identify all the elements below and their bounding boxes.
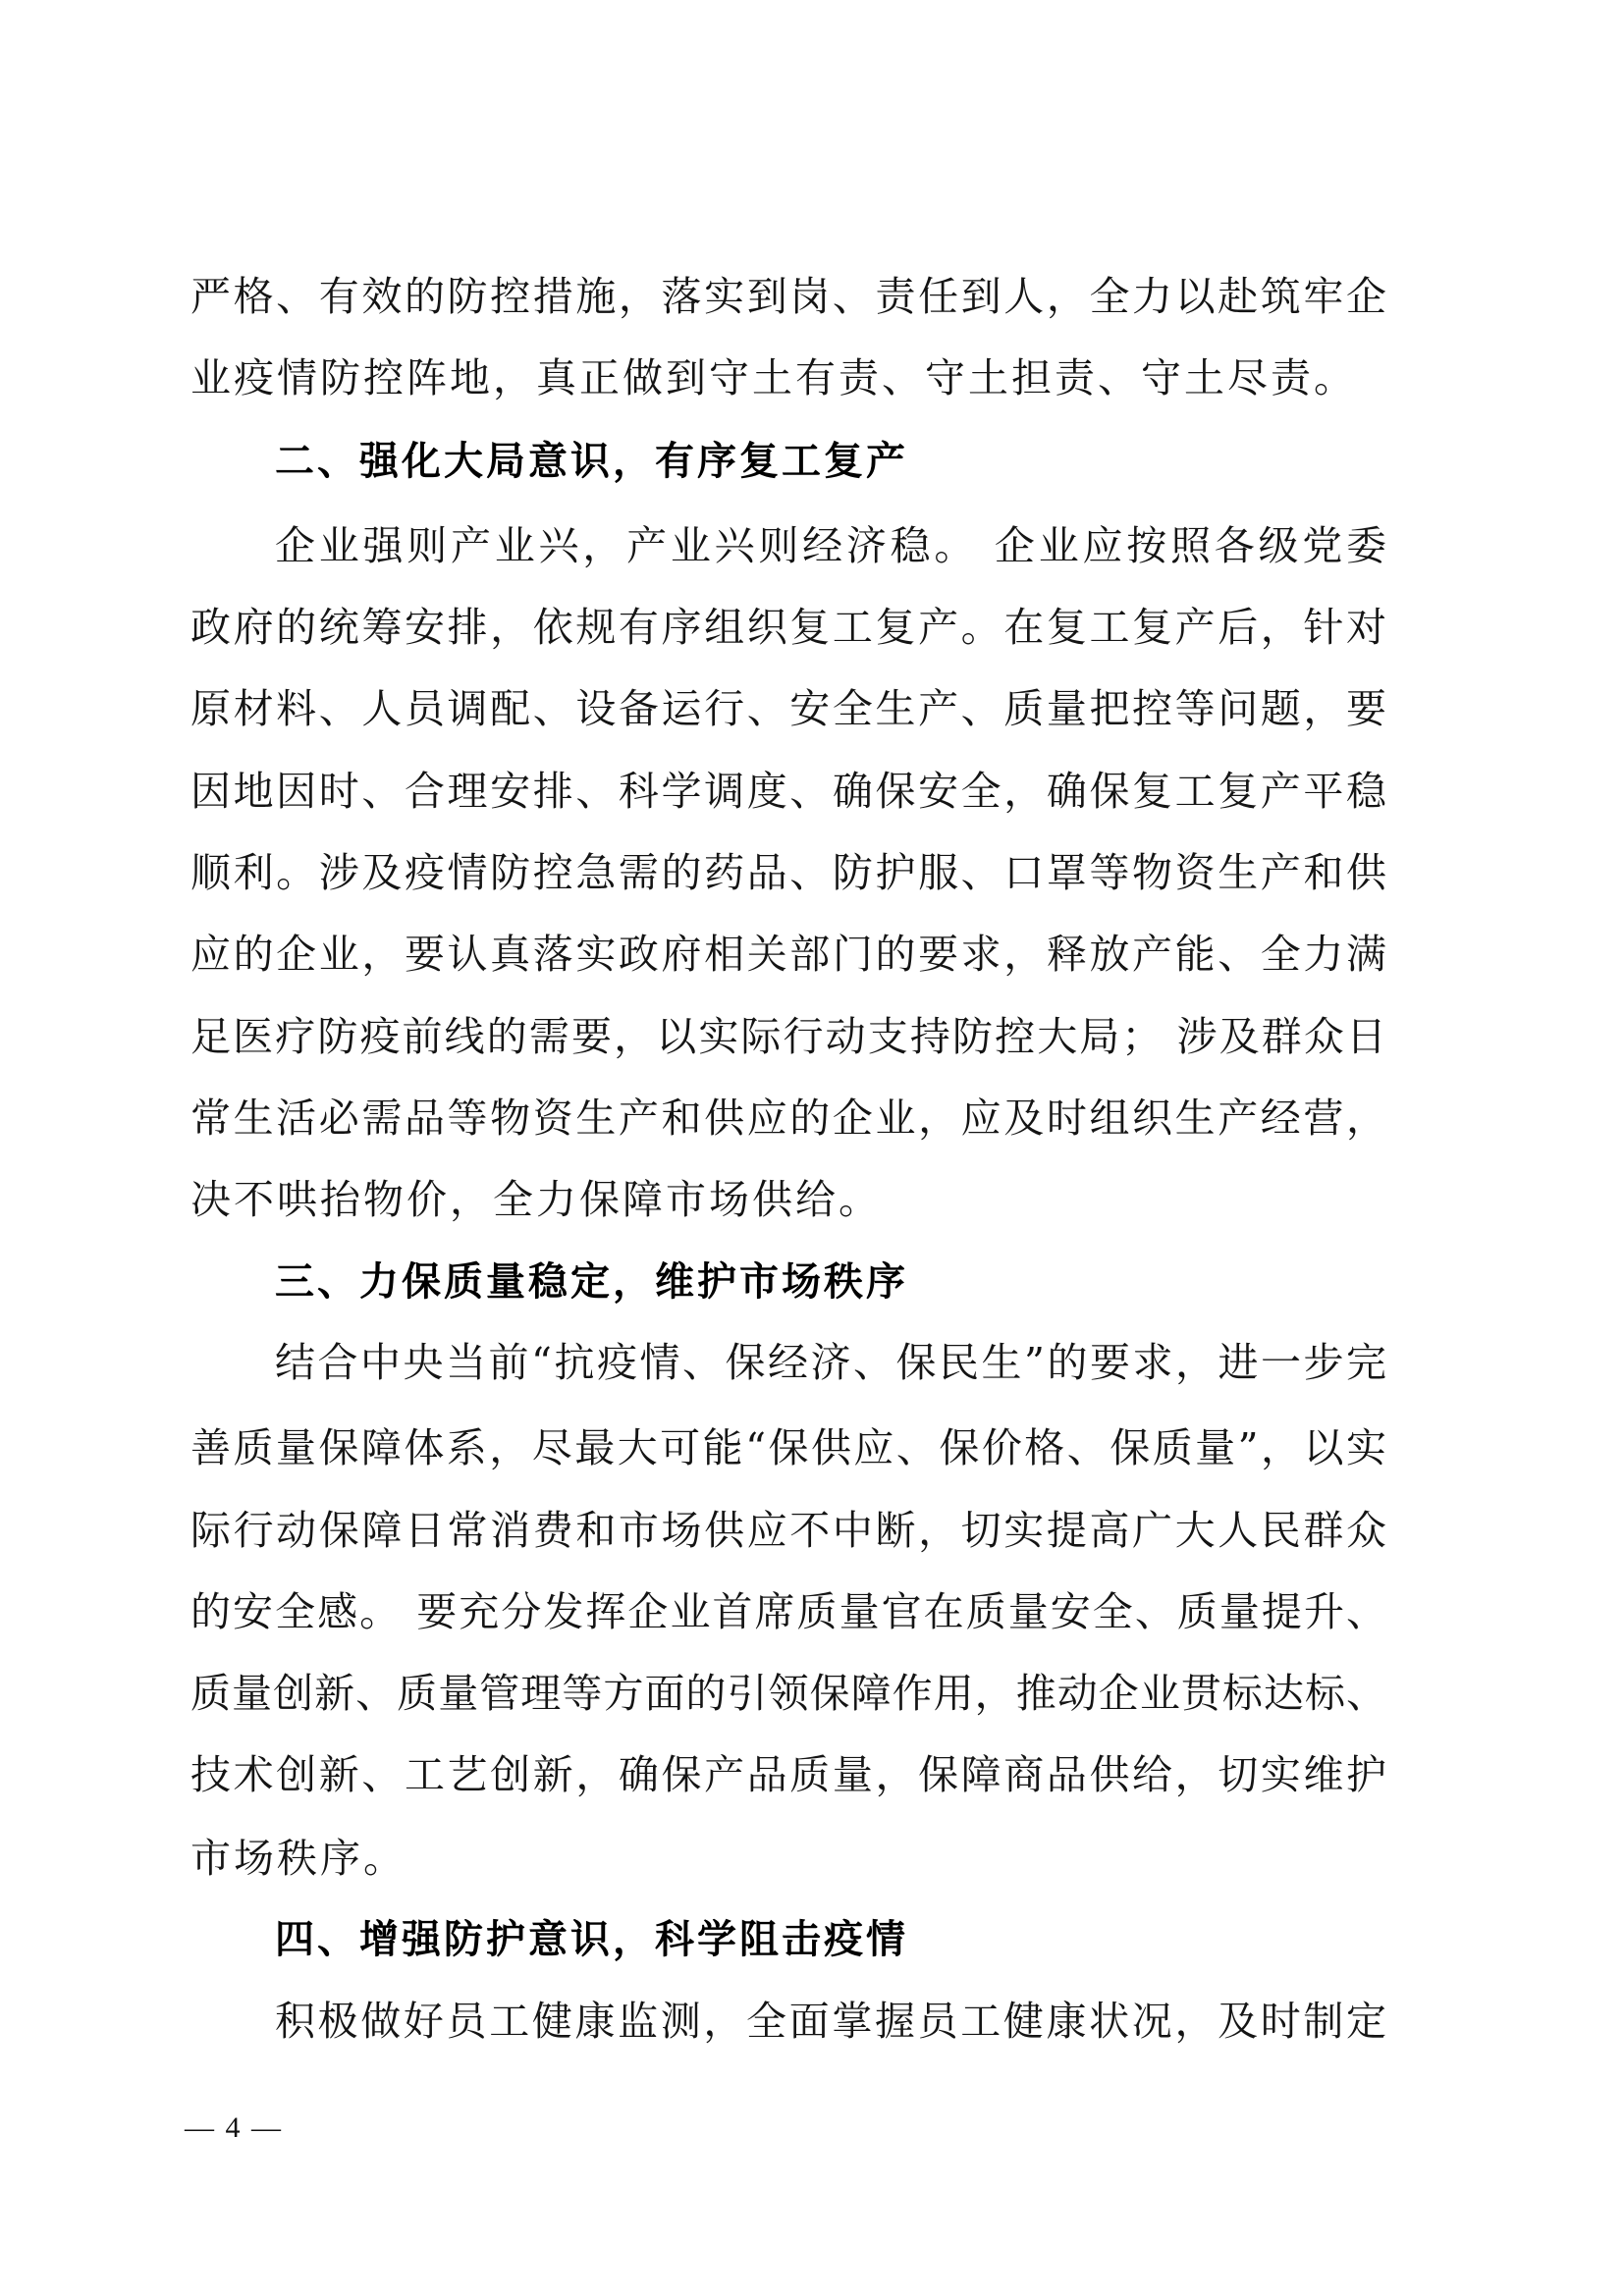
page-number: — 4 — xyxy=(185,2110,283,2146)
body-text-line: 善质量保障体系，尽最大可能“保供应、保价格、保质量”，以实 xyxy=(190,1424,1386,1471)
body-text-line: 因地因时、合理安排、科学调度、确保安全，确保复工复产平稳 xyxy=(190,768,1386,815)
section-heading-2: 二、强化大局意识，有序复工复产 xyxy=(275,438,908,485)
body-text-line: 的安全感。 要充分发挥企业首席质量官在质量安全、质量提升、 xyxy=(190,1588,1386,1635)
body-text-line: 际行动保障日常消费和市场供应不中断，切实提高广大人民群众 xyxy=(190,1507,1386,1554)
body-text-line: 原材料、人员调配、设备运行、安全生产、质量把控等问题，要 xyxy=(190,685,1386,732)
body-text-line: 严格、有效的防控措施，落实到岗、责任到人，全力以赴筑牢企 xyxy=(190,273,1386,320)
body-text-line: 常生活必需品等物资生产和供应的企业，应及时组织生产经营， xyxy=(190,1095,1386,1142)
body-text-line: 足医疗防疫前线的需要，以实际行动支持防控大局； 涉及群众日 xyxy=(190,1013,1386,1060)
body-text-line: 业疫情防控阵地，真正做到守土有责、守土担责、守土尽责。 xyxy=(190,354,1357,401)
body-text-line: 市场秩序。 xyxy=(190,1835,406,1882)
paragraph-first-line: 企业强则产业兴，产业兴则经济稳。 企业应按照各级党委 xyxy=(275,522,1386,569)
section-heading-3: 三、力保质量稳定，维护市场秩序 xyxy=(275,1258,908,1306)
body-text-line: 质量创新、质量管理等方面的引领保障作用，推动企业贯标达标、 xyxy=(190,1670,1386,1717)
body-text-line: 决不哄抬物价，全力保障市场供给。 xyxy=(190,1176,882,1223)
section-heading-4: 四、增强防护意识，科学阻击疫情 xyxy=(275,1916,908,1963)
paragraph-first-line: 结合中央当前“抗疫情、保经济、保民生”的要求，进一步完 xyxy=(275,1339,1386,1386)
body-text-line: 政府的统筹安排，依规有序组织复工复产。在复工复产后，针对 xyxy=(190,604,1386,651)
body-text-line: 顺利。涉及疫情防控急需的药品、防护服、口罩等物资生产和供 xyxy=(190,849,1386,896)
paragraph-first-line: 积极做好员工健康监测，全面掌握员工健康状况，及时制定 xyxy=(275,1998,1386,2045)
body-text-line: 技术创新、工艺创新，确保产品质量，保障商品供给，切实维护 xyxy=(190,1751,1386,1798)
document-page: 严格、有效的防控措施，落实到岗、责任到人，全力以赴筑牢企 业疫情防控阵地，真正做… xyxy=(0,0,1624,2296)
body-text-line: 应的企业，要认真落实政府相关部门的要求，释放产能、全力满 xyxy=(190,931,1386,978)
